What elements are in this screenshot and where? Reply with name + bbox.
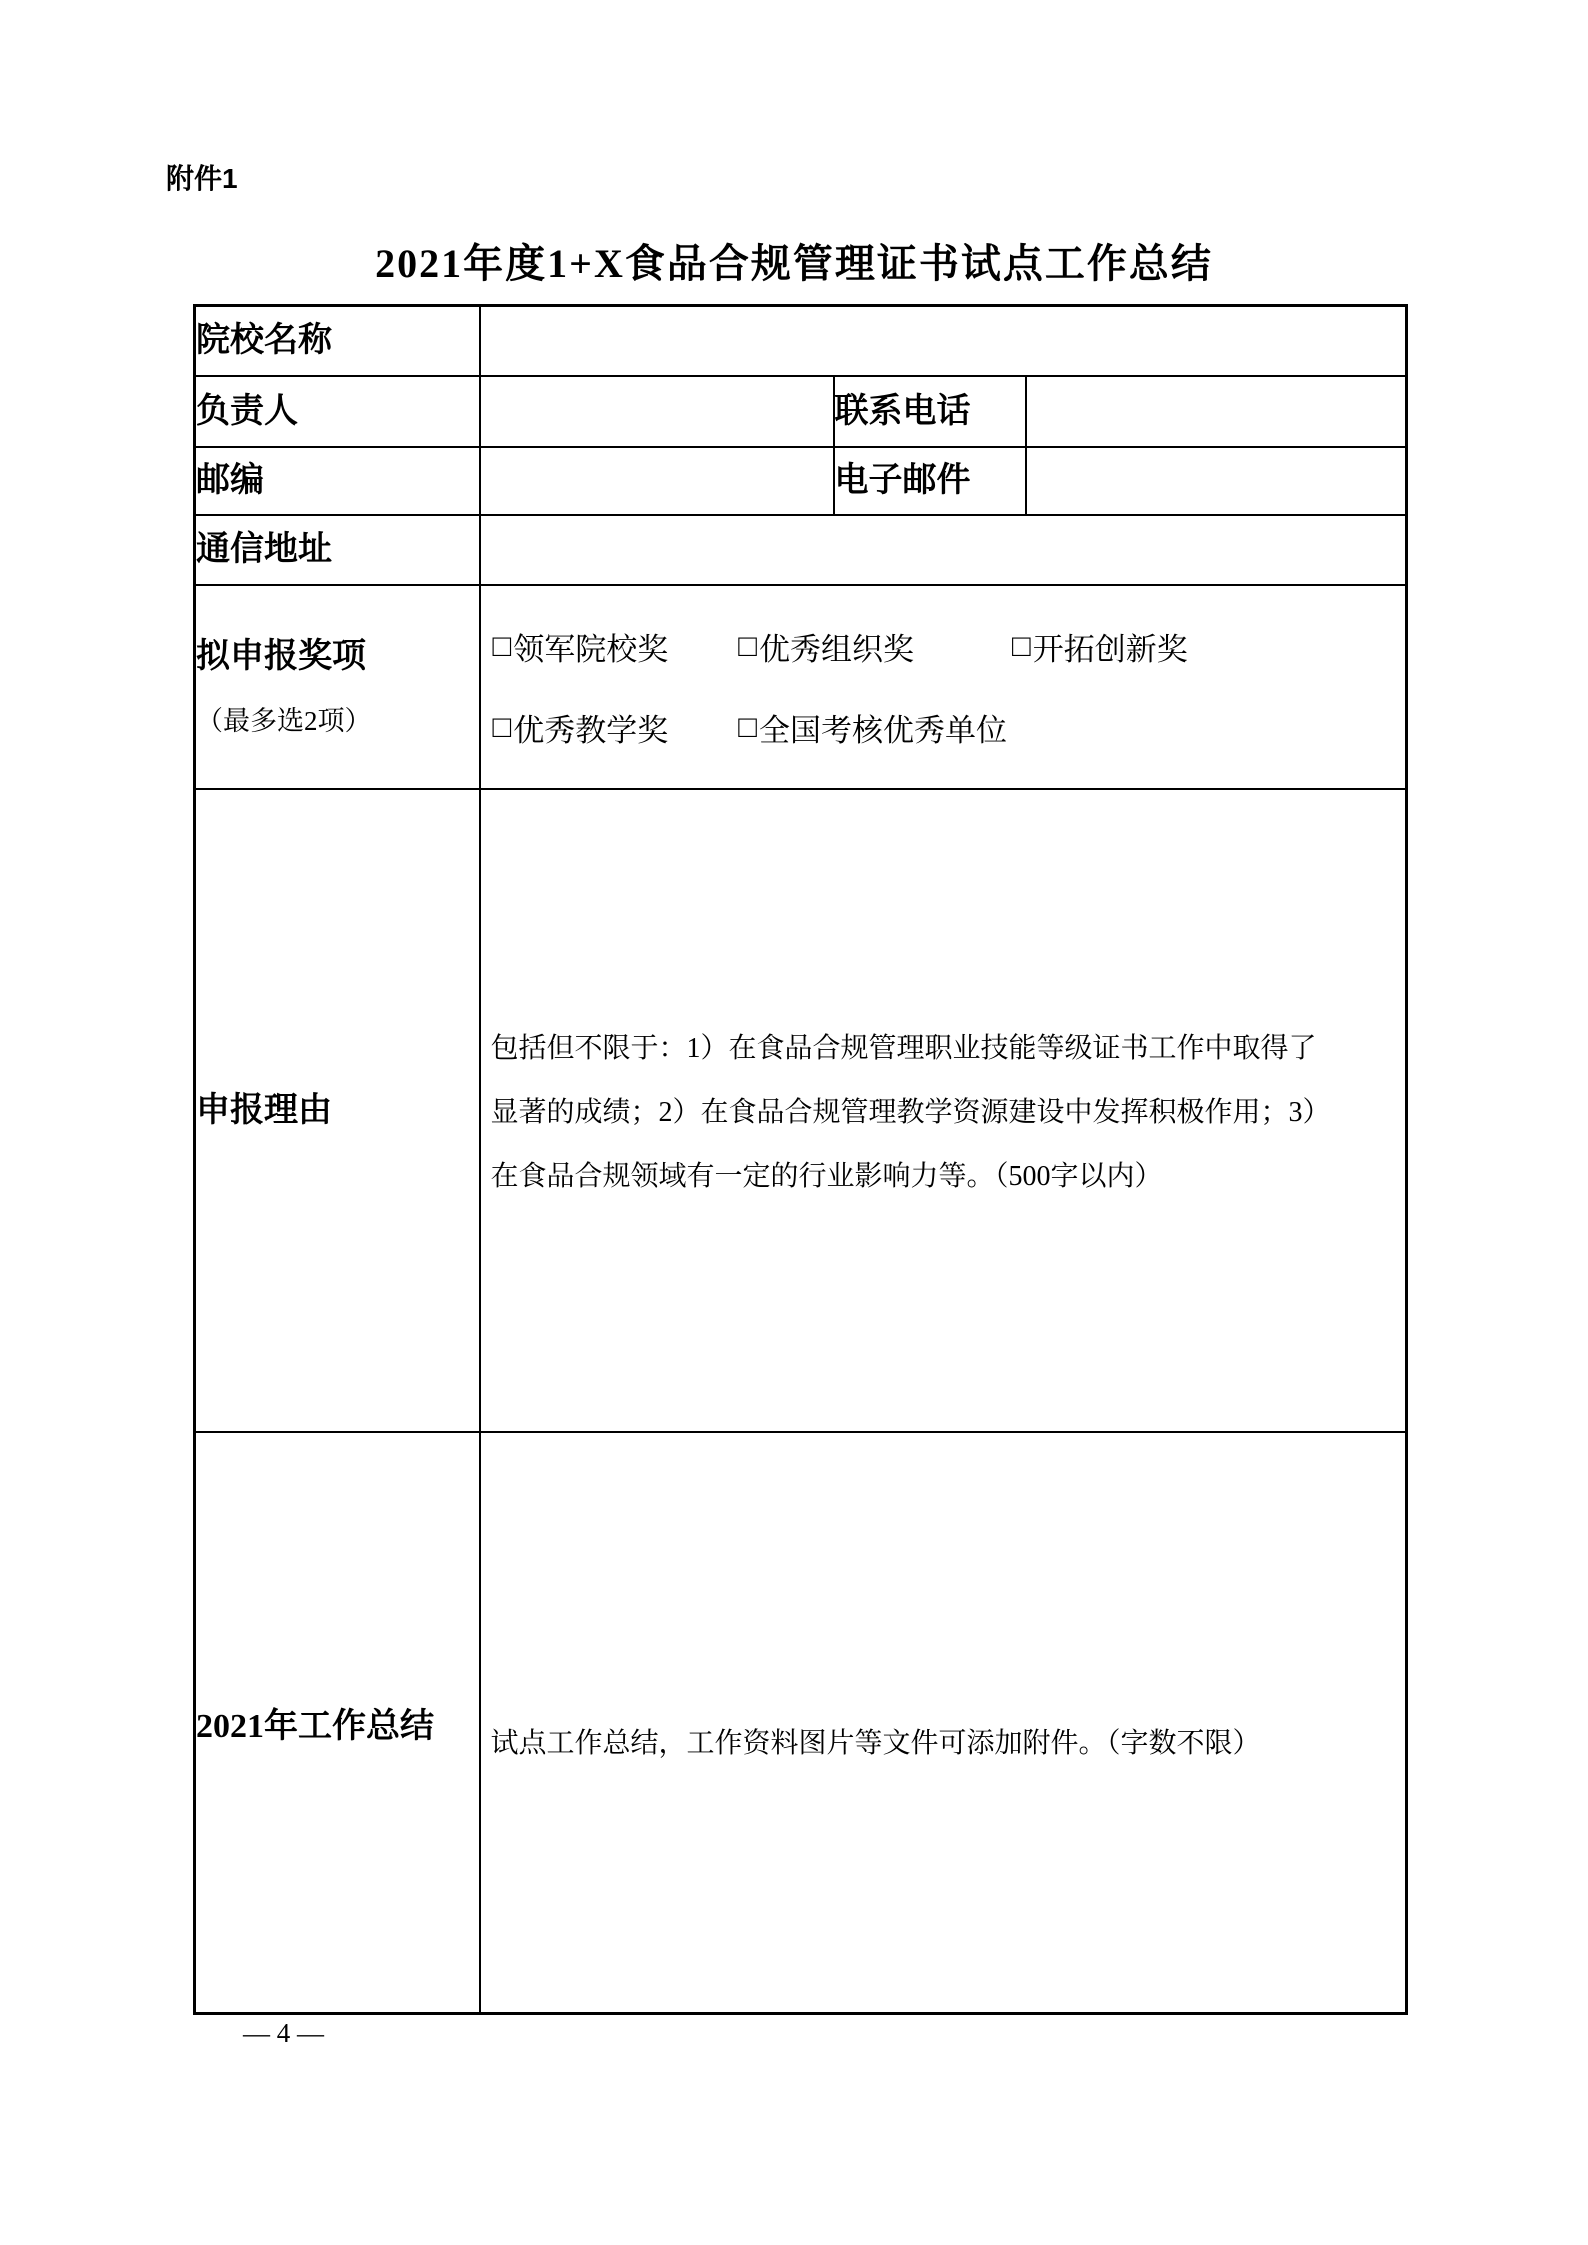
checkbox-option-label: 优秀教学奖 — [513, 705, 668, 750]
leader-label: 负责人 — [195, 376, 480, 447]
email-label: 电子邮件 — [834, 447, 1026, 515]
awards-options-cell: □领军院校奖 □优秀组织奖 □开拓创新奖 □优秀教学奖 □全国考核优秀单位 — [480, 585, 1407, 789]
awards-options-line1: □领军院校奖 □优秀组织奖 □开拓创新奖 — [493, 624, 1406, 669]
address-field[interactable] — [480, 515, 1407, 585]
checkbox-option-pioneering-innovation-award[interactable]: □开拓创新奖 — [1012, 624, 1188, 669]
address-label: 通信地址 — [195, 515, 480, 585]
checkbox-option-excellent-teaching-award[interactable]: □优秀教学奖 — [493, 705, 669, 750]
summary-form-table: 院校名称 负责人 联系电话 邮编 电子邮件 通信地址 拟申报奖项 （最多选2项）… — [193, 304, 1408, 2015]
phone-label: 联系电话 — [834, 376, 1026, 447]
row-leader-phone: 负责人 联系电话 — [195, 376, 1407, 447]
row-awards: 拟申报奖项 （最多选2项） □领军院校奖 □优秀组织奖 □开拓创新奖 □优秀教学… — [195, 585, 1407, 789]
awards-label-cell: 拟申报奖项 （最多选2项） — [195, 585, 480, 789]
summary-label: 2021年工作总结 — [195, 1432, 480, 2014]
checkbox-option-national-assessment-excellent-unit[interactable]: □全国考核优秀单位 — [738, 705, 1007, 750]
row-address: 通信地址 — [195, 515, 1407, 585]
checkbox-option-label: 领军院校奖 — [513, 624, 668, 669]
school-name-label: 院校名称 — [195, 306, 480, 376]
postcode-label: 邮编 — [195, 447, 480, 515]
checkbox-icon[interactable]: □ — [738, 709, 757, 745]
row-summary: 2021年工作总结 试点工作总结，工作资料图片等文件可添加附件。（字数不限） — [195, 1432, 1407, 2014]
reason-hint-text: 包括但不限于：1）在食品合规管理职业技能等级证书工作中取得了显著的成绩；2）在食… — [481, 1011, 1355, 1209]
awards-note: （最多选2项） — [196, 705, 479, 737]
postcode-field[interactable] — [480, 447, 834, 515]
school-name-field[interactable] — [480, 306, 1407, 376]
checkbox-option-excellent-organization-award[interactable]: □优秀组织奖 — [738, 624, 914, 669]
checkbox-icon[interactable]: □ — [1012, 628, 1031, 664]
document-page: { "page": { "attachment_label": "附件1", "… — [0, 0, 1588, 2245]
summary-field[interactable]: 试点工作总结，工作资料图片等文件可添加附件。（字数不限） — [480, 1432, 1407, 2014]
checkbox-option-label: 优秀组织奖 — [759, 624, 914, 669]
reason-label: 申报理由 — [195, 789, 480, 1432]
row-postcode-email: 邮编 电子邮件 — [195, 447, 1407, 515]
page-number: — 4 — — [243, 2018, 324, 2049]
awards-options-line2: □优秀教学奖 □全国考核优秀单位 — [493, 705, 1406, 750]
awards-label: 拟申报奖项 — [196, 636, 479, 677]
row-school-name: 院校名称 — [195, 306, 1407, 376]
reason-field[interactable]: 包括但不限于：1）在食品合规管理职业技能等级证书工作中取得了显著的成绩；2）在食… — [480, 789, 1407, 1432]
attachment-label: 附件1 — [166, 161, 238, 197]
checkbox-icon[interactable]: □ — [493, 628, 512, 664]
leader-field[interactable] — [480, 376, 834, 447]
phone-field[interactable] — [1026, 376, 1407, 447]
checkbox-icon[interactable]: □ — [493, 709, 512, 745]
row-reason: 申报理由 包括但不限于：1）在食品合规管理职业技能等级证书工作中取得了显著的成绩… — [195, 789, 1407, 1432]
checkbox-option-label: 开拓创新奖 — [1033, 624, 1188, 669]
page-title: 2021年度1+X食品合规管理证书试点工作总结 — [0, 232, 1588, 289]
checkbox-icon[interactable]: □ — [738, 628, 757, 664]
email-field[interactable] — [1026, 447, 1407, 515]
summary-hint-text: 试点工作总结，工作资料图片等文件可添加附件。（字数不限） — [481, 1668, 1406, 1776]
checkbox-option-leading-school-award[interactable]: □领军院校奖 — [493, 624, 669, 669]
checkbox-option-label: 全国考核优秀单位 — [759, 705, 1007, 750]
